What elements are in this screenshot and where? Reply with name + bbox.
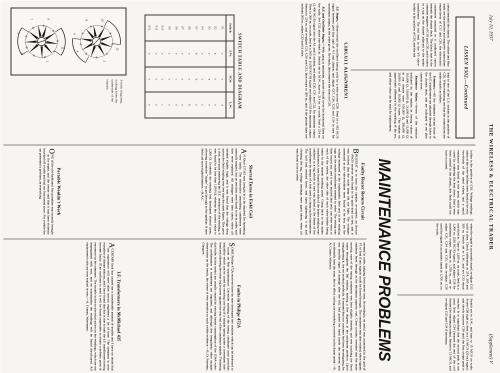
table-row: S2aoo bbox=[212, 15, 219, 118]
lissen-column-4: when the signal is accurately tuned, re-… bbox=[397, 223, 473, 289]
table-row: S9coo bbox=[165, 15, 172, 118]
cell: o bbox=[152, 40, 159, 66]
rf-stages-lead: R.F. and Oscillator Stages.— bbox=[321, 6, 325, 46]
article-portable-continued: seemed in order, judging from meter test… bbox=[242, 242, 366, 370]
article-faulty-heater: Faulty Heater Return Circuit BROUGHT in … bbox=[254, 148, 366, 234]
switch-table-grid: Switch S.W. M.W. L.W. S1ooa S2aoo S3oao … bbox=[144, 14, 234, 118]
switch-table: Switch S.W. M.W. L.W. S1ooa S2aoo S3oao … bbox=[144, 14, 234, 118]
cell: o bbox=[205, 40, 212, 66]
cell: S7 bbox=[178, 15, 185, 41]
lissen-col1-text: carton beneath the chassis. The yellow a… bbox=[412, 3, 450, 66]
cell: o bbox=[165, 66, 172, 92]
switch-table-heading: SWITCH TABLE AND DIAGRAM bbox=[237, 3, 242, 138]
resistance-text: Seven of the resistors indicated by the … bbox=[388, 72, 417, 138]
cell: a bbox=[218, 92, 225, 118]
scanned-page-canvas: July 10, 1937 THE WIRELESS & ELECTRICAL … bbox=[0, 0, 500, 373]
article-portable: Portable Wouldn't Work ONE of the old-fa… bbox=[36, 148, 62, 234]
lissen-col5-text: Switch set to S.W., and tune to 15 MC/S … bbox=[443, 298, 473, 370]
figure-caption: Switch diagrams, looking from the unders… bbox=[10, 79, 126, 106]
cell: o bbox=[218, 66, 225, 92]
switch2-label: 7 bbox=[29, 18, 33, 20]
cell: c bbox=[172, 66, 179, 92]
trimmers-paragraph: Trimmers.—All the trimmers except those … bbox=[419, 72, 436, 138]
cell: S2 bbox=[212, 15, 219, 41]
masthead-title: THE WIRELESS & ELECTRICAL TRADER bbox=[487, 0, 493, 373]
cell: o bbox=[185, 40, 192, 66]
switch1-label: 4 bbox=[75, 50, 79, 52]
table-row: S11ooo bbox=[152, 15, 159, 118]
table-row: S3oao bbox=[205, 15, 212, 118]
article-title: Portable Wouldn't Work bbox=[56, 148, 61, 234]
table-header-row: Switch S.W. M.W. L.W. bbox=[225, 15, 233, 118]
switch2-label: 3 bbox=[19, 52, 23, 54]
table-row: S1ooa bbox=[218, 15, 225, 118]
lissen-col3-text: holder is the positive of C18. Voltage r… bbox=[443, 150, 473, 214]
switch2-label: 11 bbox=[60, 46, 64, 49]
rf-stages-paragraph: R.F. and Oscillator Stages.—With gang at… bbox=[300, 3, 325, 138]
cell: S8 bbox=[172, 15, 179, 41]
trimmers-lead: Trimmers.— bbox=[432, 75, 436, 92]
article-body: seemed in order, judging from meter test… bbox=[328, 242, 366, 370]
article-mcmichael-435: I.F. Transformers in McMichael 435 A CER… bbox=[83, 242, 122, 370]
switch1-label: 12 bbox=[115, 47, 119, 50]
cell: o bbox=[178, 92, 185, 118]
article-body: ROUGHT in to have the speaker re-centred… bbox=[295, 148, 358, 234]
switch1-label: 2 bbox=[102, 60, 106, 62]
cell: o bbox=[172, 92, 179, 118]
switch2-label: 5 bbox=[16, 32, 20, 34]
cell: o bbox=[198, 40, 205, 66]
lissen-column-1: carton beneath the chassis. The yellow a… bbox=[350, 3, 450, 66]
table-row: S4ooo bbox=[198, 15, 205, 118]
article-body: CERTAIN fault has caused me a considerab… bbox=[85, 242, 114, 370]
table-row: S12ooo bbox=[145, 15, 152, 118]
table-row: S8oco bbox=[172, 15, 179, 118]
cell: c bbox=[159, 92, 166, 118]
cell: S4 bbox=[198, 15, 205, 41]
cell: S9 bbox=[165, 15, 172, 41]
lissen-continued-box: LISSEN 8302.—Continued bbox=[455, 16, 474, 138]
cell: o bbox=[165, 92, 172, 118]
table-row: S6oob bbox=[185, 15, 192, 118]
switch1-label: 8 bbox=[84, 19, 88, 21]
column-rule bbox=[350, 69, 450, 70]
column-rule bbox=[3, 238, 366, 239]
lissen-column-2: lead to one of the L.S. sockets is the p… bbox=[350, 72, 450, 138]
switch1-label: 10 bbox=[100, 18, 104, 21]
cell: o bbox=[198, 66, 205, 92]
rf-stages-text: With gang at maximum, pointer should cov… bbox=[300, 3, 325, 138]
lissen-column-5: Switch set to S.W., and tune to 15 MC/S … bbox=[397, 298, 473, 370]
cell: S10 bbox=[159, 15, 166, 41]
column-rule bbox=[397, 294, 473, 295]
cell: o bbox=[145, 40, 152, 66]
cell: o bbox=[152, 92, 159, 118]
switch2-label: 9 bbox=[46, 18, 50, 20]
table-row: S7ooo bbox=[178, 15, 185, 118]
resistance-paragraph: Resistance Values.—Seven of the resistor… bbox=[388, 72, 418, 138]
dropcap: O bbox=[48, 148, 54, 153]
article-shorted-turns: Shorted Turns in Field Coil AN Ekco CT/A… bbox=[62, 148, 254, 234]
cell: o bbox=[185, 66, 192, 92]
cell: o bbox=[159, 66, 166, 92]
if-stages-lead: I.F. Stages.— bbox=[335, 6, 339, 25]
cell: S12 bbox=[145, 15, 152, 41]
cell: a bbox=[212, 40, 219, 66]
circuit-alignment-heading: CIRCUIT ALIGNMENT bbox=[341, 3, 347, 138]
article-text: AN Ekco CT/A5 was brought in to be repai… bbox=[200, 148, 246, 234]
cell: o bbox=[159, 40, 166, 66]
article-text: SOME Philips 472A receivers have by now … bbox=[200, 242, 234, 370]
masthead-page-number: (Supplement) V bbox=[487, 333, 492, 363]
maintenance-column-a: Faulty Heater Return Circuit BROUGHT in … bbox=[3, 148, 366, 234]
cell: o bbox=[172, 40, 179, 66]
cell: o bbox=[198, 92, 205, 118]
dropcap: S bbox=[228, 242, 234, 246]
article-body: OME Philips 472A receivers have by now d… bbox=[201, 242, 235, 370]
table-row: S10ooc bbox=[159, 15, 166, 118]
switch2-label: 1 bbox=[45, 60, 49, 62]
article-text: ONE of the old-fashioned Pye portables w… bbox=[37, 148, 54, 234]
resistance-lead: Resistance Values.— bbox=[414, 75, 418, 105]
switch-diagram-image: 2 4 6 8 10 12 1 3 5 7 9 11 bbox=[10, 7, 126, 75]
col-header-switch: Switch bbox=[225, 15, 233, 41]
cell: S5 bbox=[192, 15, 199, 41]
rotary-switch-diagram-icon: 2 4 6 8 10 12 1 3 5 7 9 11 bbox=[11, 8, 125, 74]
lissen-col2-cont: lead to one of the L.S. sockets is the p… bbox=[437, 72, 450, 138]
masthead: July 10, 1937 THE WIRELESS & ELECTRICAL … bbox=[480, 0, 494, 373]
column-rule bbox=[3, 144, 475, 145]
cell: b bbox=[192, 66, 199, 92]
cell: S1 bbox=[218, 15, 225, 41]
article-text: A CERTAIN fault has caused me a consider… bbox=[85, 242, 115, 370]
col-header-lw: L.W. bbox=[225, 92, 233, 118]
article-philips-472a: Faults in Philips 472A SOME Philips 472A… bbox=[122, 242, 242, 370]
cell: S3 bbox=[205, 15, 212, 41]
cell: o bbox=[192, 92, 199, 118]
cell: o bbox=[145, 92, 152, 118]
column-rule bbox=[397, 219, 473, 220]
article-title: Shorted Turns in Field Coil bbox=[248, 148, 253, 234]
cell: b bbox=[185, 92, 192, 118]
cell: o bbox=[212, 92, 219, 118]
col-header-mw: M.W. bbox=[225, 66, 233, 92]
dropcap: A bbox=[108, 242, 114, 247]
article-title: I.F. Transformers in McMichael 435 bbox=[116, 242, 121, 370]
cell: b bbox=[192, 40, 199, 66]
article-text: BROUGHT in to have the speaker re-centre… bbox=[295, 148, 358, 234]
article-body: N Ekco CT/A5 was brought in to be repair… bbox=[200, 148, 246, 234]
cell: S11 bbox=[152, 15, 159, 41]
dropcap: A bbox=[240, 148, 246, 153]
table-row: S5bbo bbox=[192, 15, 199, 118]
col-header-sw: S.W. bbox=[225, 40, 233, 66]
dropcap: B bbox=[352, 148, 358, 153]
article-title: Faulty Heater Return Circuit bbox=[360, 148, 365, 234]
maintenance-column-b: seemed in order, judging from meter test… bbox=[3, 242, 366, 370]
lissen-col4-text: when the signal is accurately tuned, re-… bbox=[435, 223, 473, 289]
article-title: Faults in Philips 472A bbox=[236, 242, 241, 370]
cell: o bbox=[178, 66, 185, 92]
cell: o bbox=[212, 66, 219, 92]
circuit-alignment-section: CIRCUIT ALIGNMENT I.F. Stages.—Short-cir… bbox=[244, 3, 347, 138]
maintenance-problems-heading: MAINTENANCE PROBLEMS bbox=[369, 146, 398, 373]
lissen-column-3: holder is the positive of C18. Voltage r… bbox=[397, 150, 473, 214]
if-stages-paragraph: I.F. Stages.—Short-circuit the oscillato… bbox=[326, 3, 339, 138]
cell: o bbox=[178, 40, 185, 66]
cell: a bbox=[205, 66, 212, 92]
lissen-continued-label: LISSEN 8302.—Continued bbox=[462, 45, 467, 108]
switch1-label: 6 bbox=[72, 33, 76, 35]
rotated-magazine-page: July 10, 1937 THE WIRELESS & ELECTRICAL … bbox=[0, 0, 500, 373]
cell: o bbox=[152, 66, 159, 92]
cell: c bbox=[165, 40, 172, 66]
cell: o bbox=[218, 40, 225, 66]
switch-diagram-figure: 2 4 6 8 10 12 1 3 5 7 9 11 bbox=[10, 7, 126, 137]
cell: o bbox=[145, 66, 152, 92]
article-body: NE of the old-fashioned Pye portables wa… bbox=[38, 148, 55, 234]
cell: S6 bbox=[185, 15, 192, 41]
cell: o bbox=[205, 92, 212, 118]
